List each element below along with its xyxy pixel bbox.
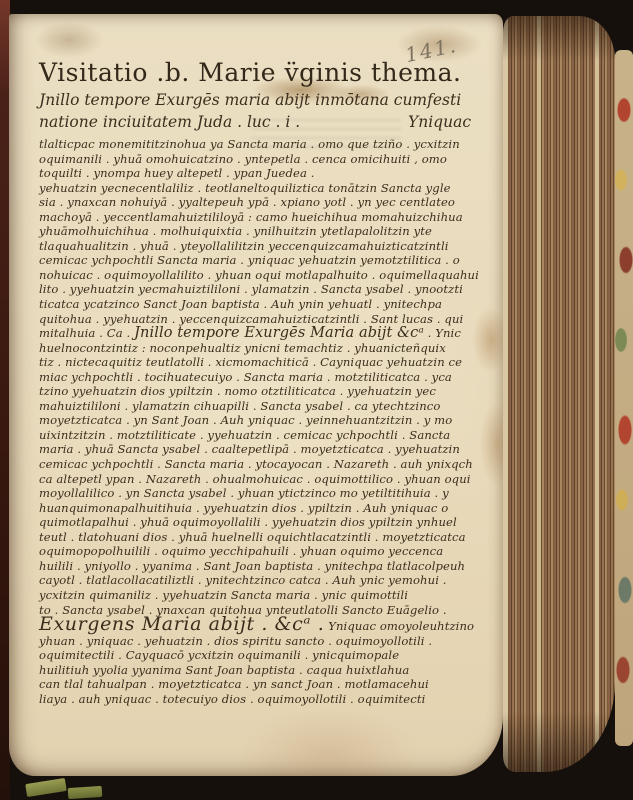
manuscript-line: nohuicac . oquimoyollalilito . yhuan oqu… bbox=[39, 268, 485, 283]
manuscript-line: huilili . yniyollo . yyanima . Sant Joan… bbox=[39, 559, 485, 574]
manuscript-line: yehuatzin yecnecentlaliliz . teotlanelto… bbox=[39, 181, 485, 196]
manuscript-line: can tlal tahualpan . moyetzticatca . yn … bbox=[39, 677, 485, 692]
manuscript-line: tzino yyehuatzin dios ypiltzin . nomo ot… bbox=[39, 384, 485, 399]
manuscript-line: tlaquahualitzin . yhuā . yteyollalilitzi… bbox=[39, 239, 485, 254]
manuscript-line: huanquimonapalhuitihuia . yyehuatzin dio… bbox=[39, 501, 485, 516]
ribbon-tie-icon bbox=[68, 786, 103, 799]
manuscript-line: toquilti . ynompa huey altepetl . ypan J… bbox=[39, 166, 485, 181]
manuscript-line: cemicac ychpochtli Sancta maria . yniqua… bbox=[39, 253, 485, 268]
manuscript-line: machoyā . yeccentlamahuiztililoyā : camo… bbox=[39, 210, 485, 225]
manuscript-line: Exurgens Maria abijt . &cᵃ . Yniquac omo… bbox=[39, 617, 485, 634]
manuscript-line: teutl . tlatohuani dios . yhuā huelnelli… bbox=[39, 530, 485, 545]
manuscript-line: oquimanili . yhuā omohuicatzino . yntepe… bbox=[39, 152, 485, 167]
manuscript-line: maria . yhuā Sancta ysabel . caaltepetli… bbox=[39, 442, 485, 457]
manuscript-line: yhuāmolhuichihua . molhuiquixtia . ynilh… bbox=[39, 224, 485, 239]
manuscript-line: mitalhuia . Ca . Jnillo tempore Exurgēs … bbox=[39, 326, 485, 341]
manuscript-line: ticatca ycatzinco Sanct Joan baptista . … bbox=[39, 297, 485, 312]
manuscript-line: mahuiztililoni . ylamatzin cihuapilli . … bbox=[39, 399, 485, 414]
incipit-line-2-text: natione inciuitatem Juda . luc . i . bbox=[39, 113, 300, 132]
manuscript-line: quitohua . yyehuatzin . yeccenquizcamahu… bbox=[39, 312, 485, 327]
manuscript-line: sia . ynaxcan nohuiyā . yyaltepeuh ypā .… bbox=[39, 195, 485, 210]
page-title: Visitatio .b. Marie v̈ginis thema. bbox=[39, 58, 485, 88]
manuscript-line: moyollalilico . yn Sancta ysabel . yhuan… bbox=[39, 486, 485, 501]
manuscript-line: huelnocontzintiz : noconpehualtiz ynicni… bbox=[39, 341, 485, 356]
text-block: Visitatio .b. Marie v̈ginis thema. Jnill… bbox=[39, 58, 485, 706]
book-photo: 141. Visitatio .b. Marie v̈ginis thema. … bbox=[0, 0, 633, 800]
fore-edge-page-stack bbox=[503, 16, 615, 772]
marbled-board-edge bbox=[615, 50, 633, 746]
manuscript-line: tiz . nictecaquitiz teutlatolli . xicmom… bbox=[39, 355, 485, 370]
manuscript-line: cayotl . tlatlacollacatiliztli . ynitech… bbox=[39, 573, 485, 588]
manuscript-line: liaya . auh yniquac . totecuiyo dios . o… bbox=[39, 692, 485, 707]
incipit-catchword: Yniquac bbox=[408, 113, 485, 132]
ribbon-tie-icon bbox=[25, 778, 67, 797]
manuscript-line: ycxitzin quimaniliz . yyehuatzin Sancta … bbox=[39, 588, 485, 603]
manuscript-line: tlalticpac monemititzinohua ya Sancta ma… bbox=[39, 137, 485, 152]
manuscript-line: uixintzitzin . motztiliticate . yyehuatz… bbox=[39, 428, 485, 443]
body-text: tlalticpac monemititzinohua ya Sancta ma… bbox=[39, 137, 485, 706]
manuscript-line: lito . yyehuatzin yecmahuiztililoni . yl… bbox=[39, 282, 485, 297]
incipit-line-2: natione inciuitatem Juda . luc . i . Yni… bbox=[39, 113, 485, 132]
manuscript-page: 141. Visitatio .b. Marie v̈ginis thema. … bbox=[9, 14, 503, 776]
manuscript-line: cemicac ychpochtli . Sancta maria . ytoc… bbox=[39, 457, 485, 472]
manuscript-line: yhuan . yniquac . yehuatzin . dios spiri… bbox=[39, 634, 485, 649]
manuscript-line: oquimopopolhuilili . oquimo yecchipahuil… bbox=[39, 544, 485, 559]
incipit-line-1: Jnillo tempore Exurgēs maria abijt inmōt… bbox=[39, 91, 485, 110]
manuscript-line: huilitiuh yyolia yyanima Sant Joan bapti… bbox=[39, 663, 485, 678]
manuscript-line: oquimitectili . Cayquacō ycxitzin oquima… bbox=[39, 648, 485, 663]
manuscript-line: miac ychpochtli . tocihuatecuiyo . Sanct… bbox=[39, 370, 485, 385]
manuscript-line: moyetzticatca . yn Sant Joan . Auh yniqu… bbox=[39, 413, 485, 428]
manuscript-line: ca altepetl ypan . Nazareth . ohualmohui… bbox=[39, 472, 485, 487]
manuscript-line: quimotlapalhui . yhuā oquimoyollalili . … bbox=[39, 515, 485, 530]
